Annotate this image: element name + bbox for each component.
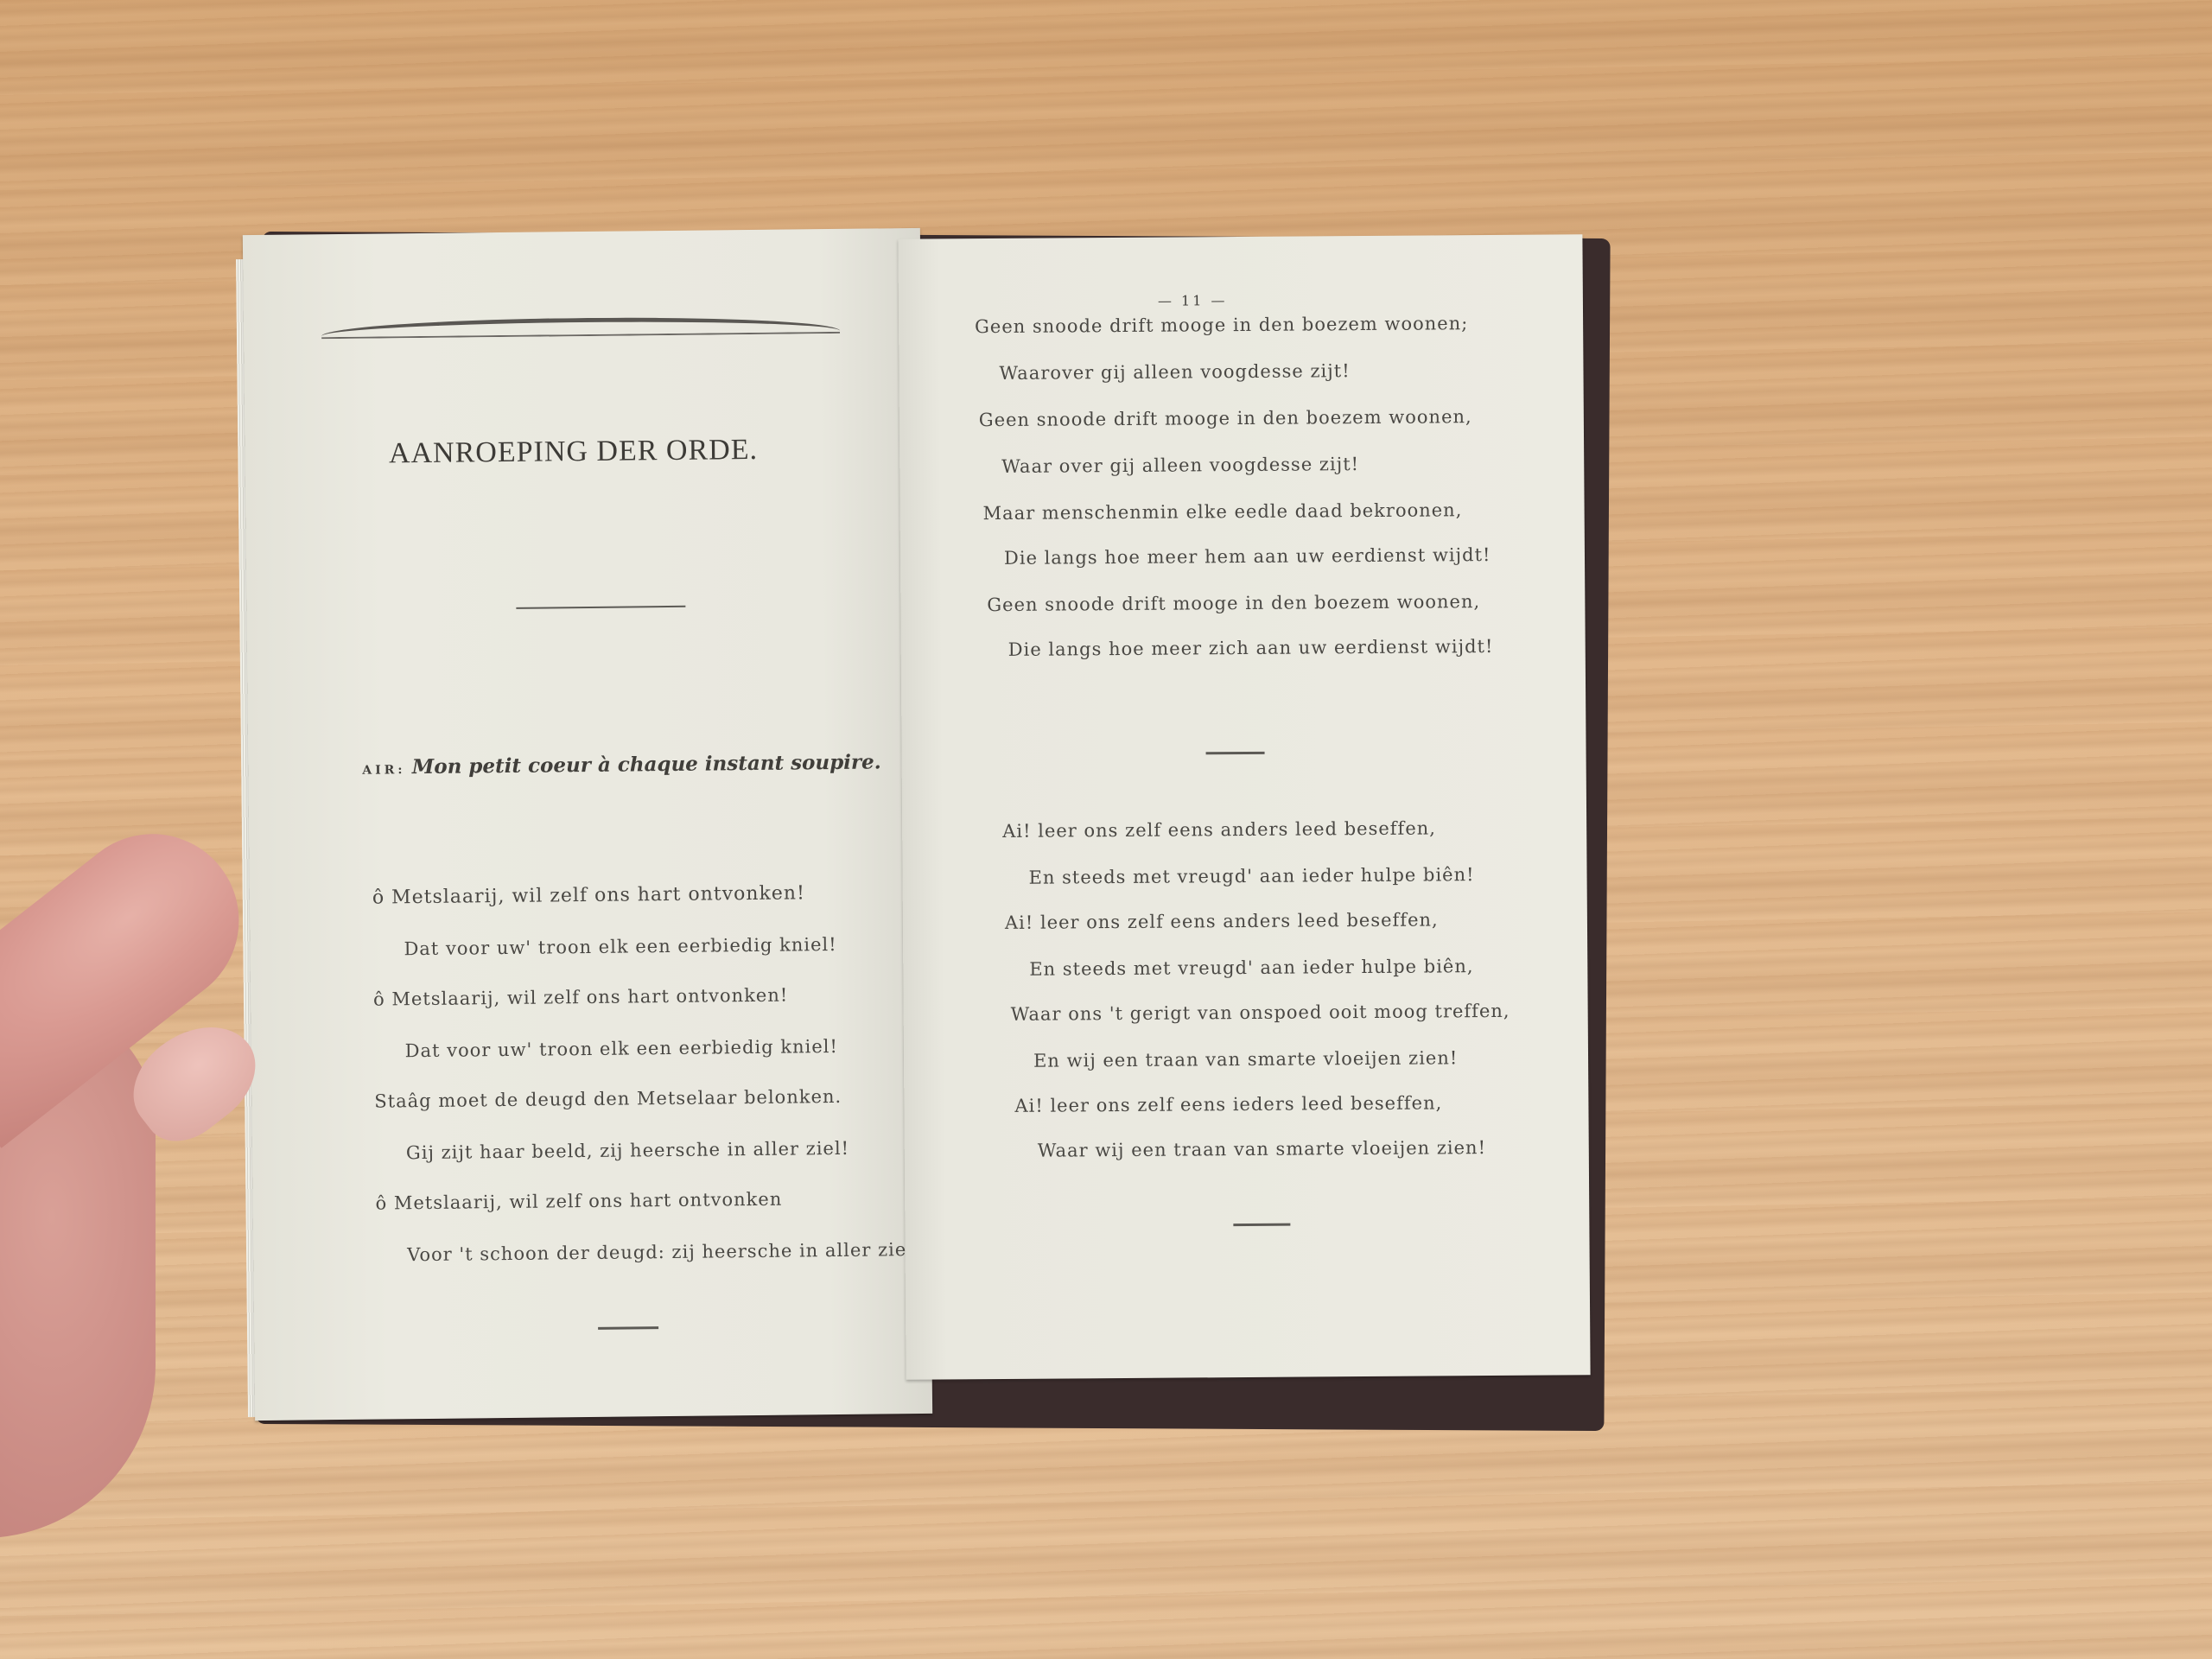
verse-line: Waarover gij alleen voogdesse zijt! bbox=[999, 360, 1350, 384]
verse-line: Die langs hoe meer zich aan uw eerdienst… bbox=[1008, 636, 1494, 660]
verse-line: Waar ons 't gerigt van onspoed ooit moog… bbox=[1011, 1001, 1510, 1025]
verse-line: Dat voor uw' troon elk een eerbiedig kni… bbox=[405, 1036, 838, 1061]
verse-line: Ai! leer ons zelf eens ieders leed besef… bbox=[1014, 1092, 1442, 1116]
verse-line: Geen snoode drift mooge in den boezem wo… bbox=[975, 313, 1468, 337]
verse-line: En wij een traan van smarte vloeijen zie… bbox=[1033, 1047, 1458, 1071]
air-tune-line: AIR: Mon petit coeur à chaque instant so… bbox=[362, 750, 881, 779]
verse-line: ô Metslaarij, wil zelf ons hart ontvonke… bbox=[372, 882, 805, 908]
left-page: AANROEPING DER ORDE. AIR: Mon petit coeu… bbox=[243, 228, 932, 1421]
verse-line: Maar menschenmin elke eedle daad bekroon… bbox=[983, 499, 1463, 524]
open-book: AANROEPING DER ORDE. AIR: Mon petit coeu… bbox=[0, 0, 2212, 1659]
page-number: — 11 — bbox=[1158, 292, 1228, 309]
verse-line: Ai! leer ons zelf eens anders leed besef… bbox=[1002, 817, 1436, 842]
verse-line: En steeds met vreugd' aan ieder hulpe bi… bbox=[1028, 864, 1474, 888]
verse-line: Waar over gij alleen voogdesse zijt! bbox=[1001, 454, 1359, 477]
verse-line: Die langs hoe meer hem aan uw eerdienst … bbox=[1004, 544, 1491, 569]
right-page: — 11 — Geen snoode drift mooge in den bo… bbox=[898, 234, 1590, 1379]
end-dash bbox=[598, 1326, 658, 1330]
air-tune: Mon petit coeur à chaque instant soupire… bbox=[412, 750, 881, 779]
verse-line: ô Metslaarij, wil zelf ons hart ontvonke… bbox=[375, 1189, 782, 1214]
verse-line: En steeds met vreugd' aan ieder hulpe bi… bbox=[1029, 956, 1473, 980]
verse-line: Waar wij een traan van smarte vloeijen z… bbox=[1038, 1137, 1486, 1161]
title-divider bbox=[516, 606, 685, 609]
header-double-rule bbox=[321, 315, 840, 339]
verse-line: Voor 't schoon der deugd: zij heersche i… bbox=[407, 1239, 921, 1265]
verse-line: Dat voor uw' troon elk een eerbiedig kni… bbox=[404, 934, 836, 959]
air-label: AIR: bbox=[362, 763, 405, 778]
verse-line: Gij zijt haar beeld, zij heersche in all… bbox=[406, 1138, 849, 1163]
verse-line: Geen snoode drift mooge in den boezem wo… bbox=[979, 406, 1472, 430]
verse-line: ô Metslaarij, wil zelf ons hart ontvonke… bbox=[373, 985, 788, 1010]
page-title: AANROEPING DER ORDE. bbox=[331, 433, 815, 471]
end-dash bbox=[1233, 1224, 1290, 1226]
verse-line: Ai! leer ons zelf eens anders leed besef… bbox=[1005, 909, 1439, 933]
stanza-divider bbox=[1206, 752, 1265, 754]
verse-line: Geen snoode drift mooge in den boezem wo… bbox=[987, 591, 1480, 615]
verse-line: Staâg moet de deugd den Metselaar belonk… bbox=[374, 1086, 842, 1112]
